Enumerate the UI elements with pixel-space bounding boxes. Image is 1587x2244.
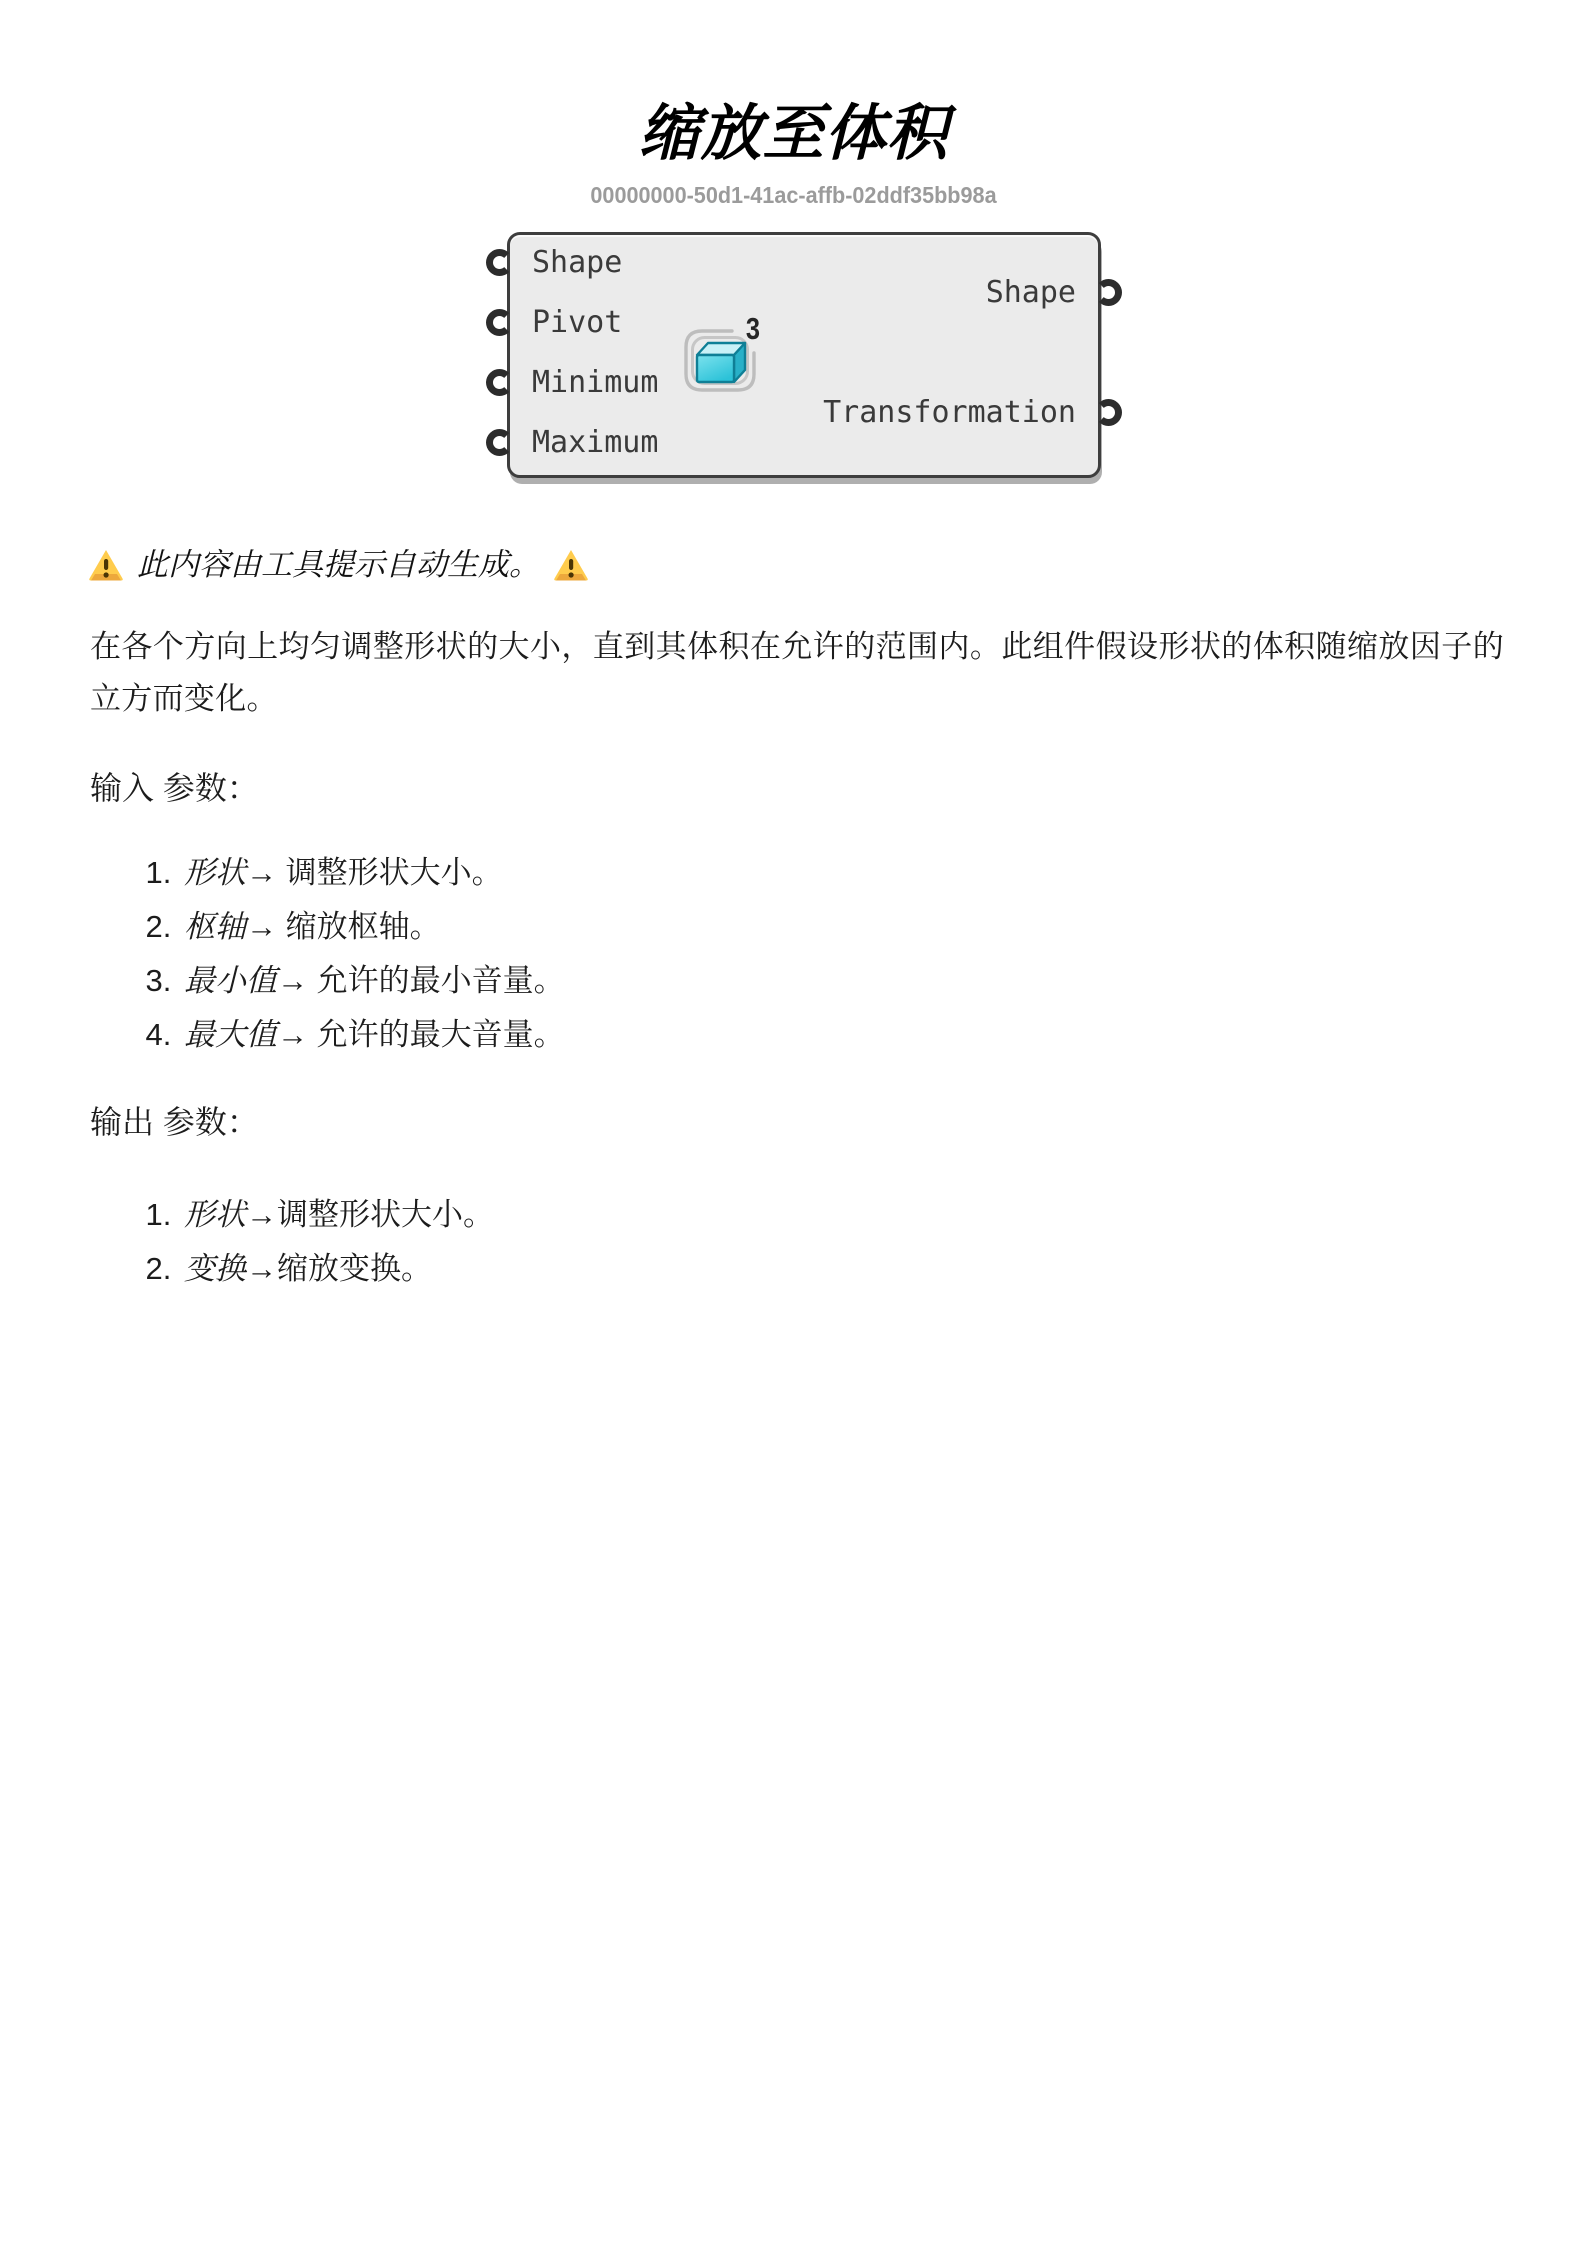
input-label-pivot: Pivot (532, 306, 622, 340)
param-desc: → 允许的最小音量。 (277, 963, 565, 998)
param-desc: → 调整形状大小。 (246, 855, 503, 890)
param-term: 形状 (184, 855, 246, 890)
param-term: 形状 (184, 1197, 246, 1232)
list-item: 最大值→ 允许的最大音量。 (180, 1008, 565, 1062)
param-term: 最小值 (184, 963, 277, 998)
output-connector-shape (1095, 279, 1122, 306)
auto-generated-notice: 此内容由工具提示自动生成。 (88, 544, 589, 586)
page: 缩放至体积 00000000-50d1-41ac-affb-02ddf35bb9… (0, 0, 1587, 2244)
param-desc: → 缩放枢轴。 (246, 909, 441, 944)
component-description: 在各个方向上均匀调整形状的大小，直到其体积在允许的范围内。此组件假设形状的体积随… (90, 621, 1504, 725)
input-label-shape: Shape (532, 246, 622, 280)
output-connector-transformation (1095, 399, 1122, 426)
component-uuid: 00000000-50d1-41ac-affb-02ddf35bb98a (48, 182, 1540, 208)
input-connector-maximum (486, 429, 513, 456)
param-desc: →缩放变换。 (246, 1251, 432, 1286)
list-item: 枢轴→ 缩放枢轴。 (180, 900, 565, 954)
output-label-shape: Shape (986, 276, 1076, 310)
input-params-heading: 输入 参数： (90, 769, 259, 807)
list-item: 形状→调整形状大小。 (180, 1188, 494, 1242)
input-params-list: 形状→ 调整形状大小。 枢轴→ 缩放枢轴。 最小值→ 允许的最小音量。 最大值→… (90, 846, 565, 1062)
param-desc: → 允许的最大音量。 (277, 1017, 565, 1052)
param-term: 变换 (184, 1251, 246, 1286)
page-title: 缩放至体积 (0, 100, 1587, 166)
list-item: 变换→缩放变换。 (180, 1242, 494, 1296)
input-connector-pivot (486, 309, 513, 336)
output-params-heading: 输出 参数： (90, 1103, 259, 1141)
warning-icon (553, 548, 589, 582)
list-item: 最小值→ 允许的最小音量。 (180, 954, 565, 1008)
param-desc: →调整形状大小。 (246, 1197, 494, 1232)
input-connector-shape (486, 249, 513, 276)
input-connector-minimum (486, 369, 513, 396)
param-term: 最大值 (184, 1017, 277, 1052)
output-label-transformation: Transformation (823, 396, 1076, 430)
notice-text: 此内容由工具提示自动生成。 (137, 544, 540, 586)
param-term: 枢轴 (184, 909, 246, 944)
input-label-maximum: Maximum (532, 426, 658, 460)
list-item: 形状→ 调整形状大小。 (180, 846, 565, 900)
component-diagram: Shape Pivot Minimum Maximum Shape Transf… (507, 232, 1101, 478)
input-label-minimum: Minimum (532, 366, 658, 400)
warning-icon (88, 548, 124, 582)
output-params-list: 形状→调整形状大小。 变换→缩放变换。 (90, 1188, 494, 1296)
icon-count-badge: 3 (741, 313, 766, 345)
